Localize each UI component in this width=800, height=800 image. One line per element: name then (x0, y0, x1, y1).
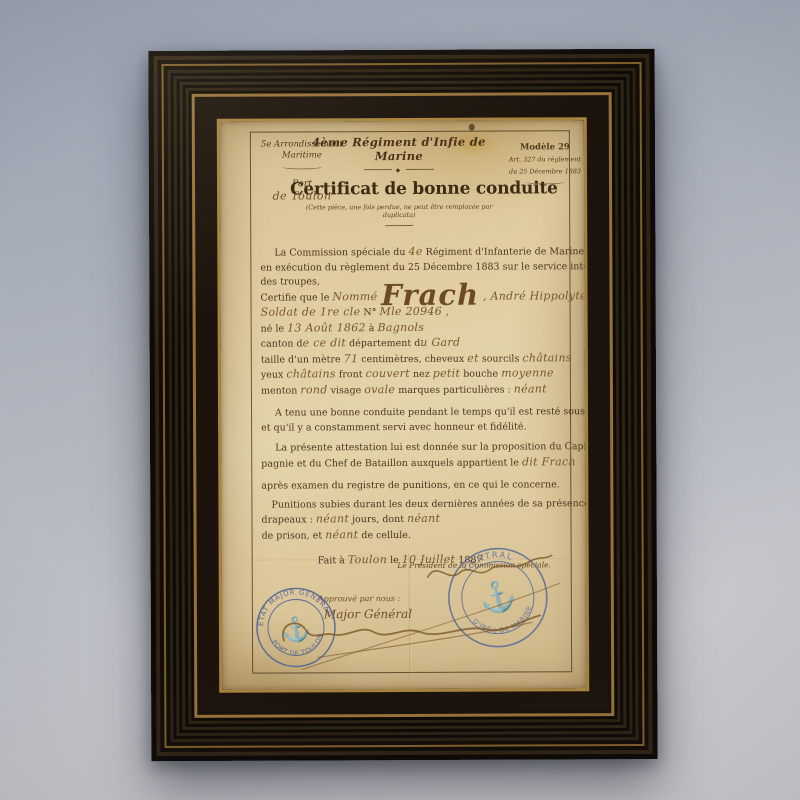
handwritten-segment: e ce dit (303, 336, 347, 349)
printed-segment: nez (410, 369, 433, 380)
printed-segment: département d (346, 338, 420, 349)
printed-segment: canton d (261, 338, 303, 349)
handwritten-segment: , André Hippolyte (479, 289, 586, 302)
printed-segment: et qu'il y a constamment servi avec honn… (261, 421, 526, 433)
approval-line1: Approuvé par nous : (318, 594, 412, 603)
body-line: La présente attestation lui est donnée s… (261, 440, 563, 456)
body-line: A tenu une bonne conduite pendant le tem… (261, 405, 563, 421)
printed-segment: sourcils (479, 353, 523, 364)
printed-segment: de prison, et (262, 530, 326, 541)
body-line: taille d'un mètre 71 centimètres, cheveu… (261, 351, 563, 368)
body-line: pagnie et du Chef de Bataillon auxquels … (261, 455, 563, 472)
printed-segment: après examen du registre de punitions, e… (261, 479, 559, 491)
printed-segment: jours, dont (349, 514, 407, 525)
header-center-block: 4ème Régiment d'Infie de Marine ◆ Certif… (290, 135, 508, 231)
body-line: La Commission spéciale du 4e Régiment d'… (260, 244, 562, 261)
printed-segment: Certifie que le (261, 292, 333, 303)
handwritten-segment: 4e (408, 245, 422, 258)
printed-segment: La Commission spéciale du (274, 247, 408, 259)
handwritten-segment: néant (514, 382, 547, 395)
body-line: Soldat de 1re cle N° Mle 20946 , (261, 304, 563, 321)
president-caption: Le Président de la Commission spéciale. (372, 560, 577, 570)
handwritten-segment: et (467, 351, 479, 364)
printed-segment: à (366, 323, 378, 334)
body-line: et qu'il y a constamment servi avec honn… (261, 420, 563, 436)
body-line: après examen du registre de punitions, e… (261, 478, 563, 494)
handwritten-segment: Nommé (332, 290, 381, 303)
printed-segment: menton (261, 385, 300, 396)
printed-segment: La présente attestation lui est donnée s… (275, 441, 586, 454)
picture-frame: 5e Arrondissement Maritime Port de Toulo… (148, 49, 657, 761)
handwritten-segment: couvert (366, 367, 410, 380)
handwritten-segment: moyenne (501, 366, 554, 379)
handwritten-segment: Soldat de 1re cle (261, 305, 361, 318)
handwritten-segment: 13 Août 1862 (287, 321, 366, 334)
body-line: canton de ce dit département du Gard (261, 335, 563, 352)
printed-segment: marques particulières : (395, 384, 514, 396)
certificate-subtitle: (Cette pièce, une fois perdue, ne peut ê… (290, 203, 508, 220)
handwritten-segment: dit Frach (522, 455, 576, 468)
handwritten-segment: u Gard (420, 336, 460, 349)
approval-line2: Major Général (324, 607, 412, 621)
body-line: Certifie que le Nommé Frach , André Hipp… (260, 289, 562, 306)
model-number: Modèle 29 (508, 142, 582, 152)
printed-segment: drapeaux : (261, 514, 315, 525)
approval-block: Approuvé par nous : Major Général (318, 594, 412, 621)
printed-segment: pagnie et du Chef de Bataillon auxquels … (261, 457, 522, 469)
article-reference-2: du 25 Décembre 1883 (508, 167, 582, 176)
printed-segment: taille d'un mètre (261, 354, 344, 365)
ornament-divider: ◆ (290, 167, 508, 175)
handwritten-segment: châtains (286, 367, 335, 380)
printed-segment: Fait à (318, 555, 348, 566)
printed-segment: A tenu une bonne conduite pendant le tem… (275, 406, 586, 419)
handwritten-segment: néant (316, 512, 349, 525)
printed-segment: des troupes, (260, 276, 319, 287)
flourish-rule (525, 179, 565, 184)
printed-segment: né le (261, 323, 288, 334)
handwritten-segment: Bagnols (377, 320, 424, 333)
printed-segment: front (336, 369, 366, 380)
body-line: né le 13 Août 1862 à Bagnols (261, 320, 563, 337)
printed-segment: yeux (261, 370, 287, 381)
printed-segment: de cellule. (358, 529, 411, 540)
paper-speck (469, 124, 475, 131)
handwritten-segment: châtains (522, 351, 571, 364)
handwritten-segment: néant (407, 512, 440, 525)
handwritten-segment: ovale (364, 383, 395, 396)
handwritten-segment: Mle 20946 , (379, 305, 449, 318)
body-line: de prison, et néant de cellule. (262, 527, 564, 544)
body-line: Punitions subies durant les deux dernièr… (261, 497, 563, 513)
printed-segment: Punitions subies durant les deux dernièr… (271, 498, 586, 511)
handwritten-segment: néant (325, 528, 358, 541)
printed-segment: N° (360, 307, 379, 318)
printed-segment: visage (328, 385, 365, 396)
handwritten-segment: rond (300, 383, 327, 396)
certificate-paper: 5e Arrondissement Maritime Port de Toulo… (220, 120, 586, 690)
body-line: drapeaux : néant jours, dont néant (261, 511, 563, 528)
photo-background: 5e Arrondissement Maritime Port de Toulo… (0, 0, 800, 800)
printed-segment: en exécution du règlement du 25 Décembre… (260, 261, 586, 274)
handwritten-segment: petit (433, 367, 460, 380)
body-text: La Commission spéciale du 4e Régiment d'… (260, 244, 563, 569)
header-model-block: Modèle 29 Art. 327 du règlement du 25 Dé… (508, 142, 582, 184)
body-line: en exécution du règlement du 25 Décembre… (260, 260, 562, 276)
ornament-divider (290, 223, 508, 231)
body-line: menton rond visage ovale marques particu… (261, 382, 563, 399)
regiment-name: 4ème Régiment d'Infie de Marine (290, 135, 508, 164)
handwritten-segment: 71 (344, 352, 359, 365)
printed-segment: Régiment d'Infanterie de Marine institué (423, 246, 587, 258)
certificate-title: Certificat de bonne conduite (290, 179, 508, 200)
printed-segment: bouche (460, 369, 501, 380)
body-line: yeux châtains front couvert nez petit bo… (261, 366, 563, 383)
printed-segment: centimètres, cheveux (358, 353, 467, 364)
article-reference-1: Art. 327 du règlement (508, 155, 582, 164)
